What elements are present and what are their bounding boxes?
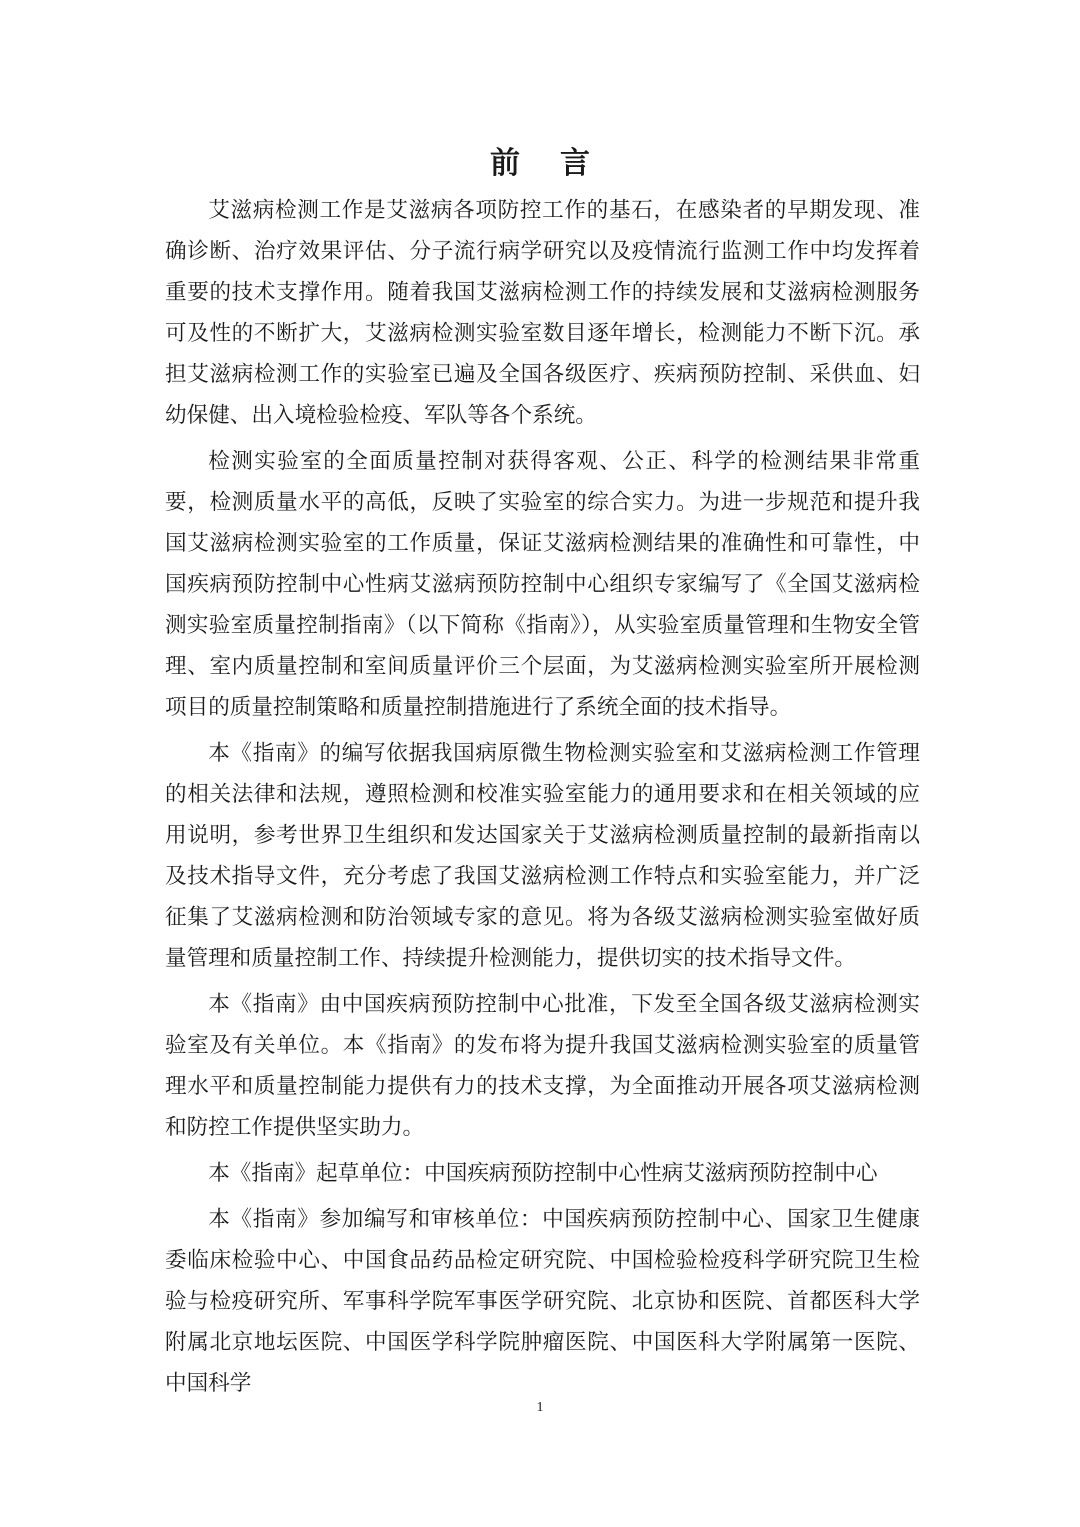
paragraph-approval: 本《指南》由中国疾病预防控制中心批准，下发至全国各级艾滋病检测实验室及有关单位。… bbox=[165, 984, 920, 1148]
page-number: 1 bbox=[0, 1400, 1080, 1416]
paragraph-basis: 本《指南》的编写依据我国病原微生物检测实验室和艾滋病检测工作管理的相关法律和法规… bbox=[165, 733, 920, 979]
paragraph-intro: 艾滋病检测工作是艾滋病各项防控工作的基石，在感染者的早期发现、准确诊断、治疗效果… bbox=[165, 190, 920, 436]
paragraph-drafting-unit: 本《指南》起草单位：中国疾病预防控制中心性病艾滋病预防控制中心 bbox=[165, 1153, 920, 1194]
paragraph-quality-control: 检测实验室的全面质量控制对获得客观、公正、科学的检测结果非常重要，检测质量水平的… bbox=[165, 441, 920, 728]
paragraph-contributors: 本《指南》参加编写和审核单位：中国疾病预防控制中心、国家卫生健康委临床检验中心、… bbox=[165, 1199, 920, 1404]
document-body: 艾滋病检测工作是艾滋病各项防控工作的基石，在感染者的早期发现、准确诊断、治疗效果… bbox=[165, 190, 920, 1404]
document-page: 前言 艾滋病检测工作是艾滋病各项防控工作的基石，在感染者的早期发现、准确诊断、治… bbox=[0, 0, 1080, 1527]
page-title: 前言 bbox=[0, 138, 1080, 182]
